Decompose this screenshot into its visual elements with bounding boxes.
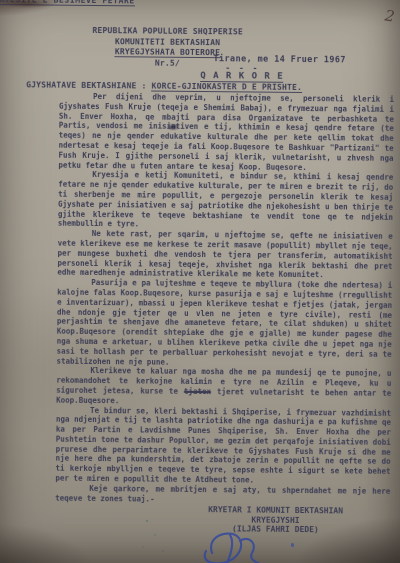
ink-smudge [0,0,56,9]
paper-specks [146,520,148,522]
ink-dot [291,543,294,547]
paragraph-6: Te bindur se, kleri bektashi i Shqiperis… [55,405,391,487]
paragraph-2: Kryesija e ketij Komuniteti, e bindur se… [58,170,394,232]
paragraph-7: Keje qarkore, me mbritjen e saj aty, tu … [55,484,390,507]
handwritten-signature [178,527,288,563]
letterhead-grandlodge-text: KRYEGJYSHATA BOTERORE [115,47,220,58]
ink-blot [166,123,180,131]
addressee-line: GJYSHATAVE BEKTASHIANE : KORCE-GJINOKAST… [26,80,302,92]
paragraph-5: Klerikeve te kaluar nga mosha dhe me pa … [56,366,391,408]
paragraph-4: Pasurija e pa lujteshme e teqeve te mbyl… [56,278,392,369]
struck-out-word: tjatex [184,387,211,396]
document-type-title: Q A R K O R E [200,71,284,82]
scanned-document-page: KRYESITE E BESIMEVE FETARE REPUBLIKA POP… [0,0,400,563]
body-text: Per dijeni dhe veprim, u njeftojme se, p… [55,92,394,507]
letterhead-republic: REPUBLIKA POPULLORE SHQIPERISE [76,26,260,38]
typewritten-content: KRYESITE E BESIMEVE FETARE REPUBLIKA POP… [0,0,400,563]
paragraph-3: Ne kete rast, per sqarim, u njeftojme se… [57,229,392,281]
paragraph-1: Per dijeni dhe veprim, u njeftojme se, p… [58,92,394,174]
document-type-text: Q A R K O R E [200,71,284,83]
addressee-destinations: KORCE-GJINOKASTER D E PRISHTE. [152,82,303,93]
addressee-prefix: GJYSHATAVE BEKTASHIANE : [26,80,152,90]
